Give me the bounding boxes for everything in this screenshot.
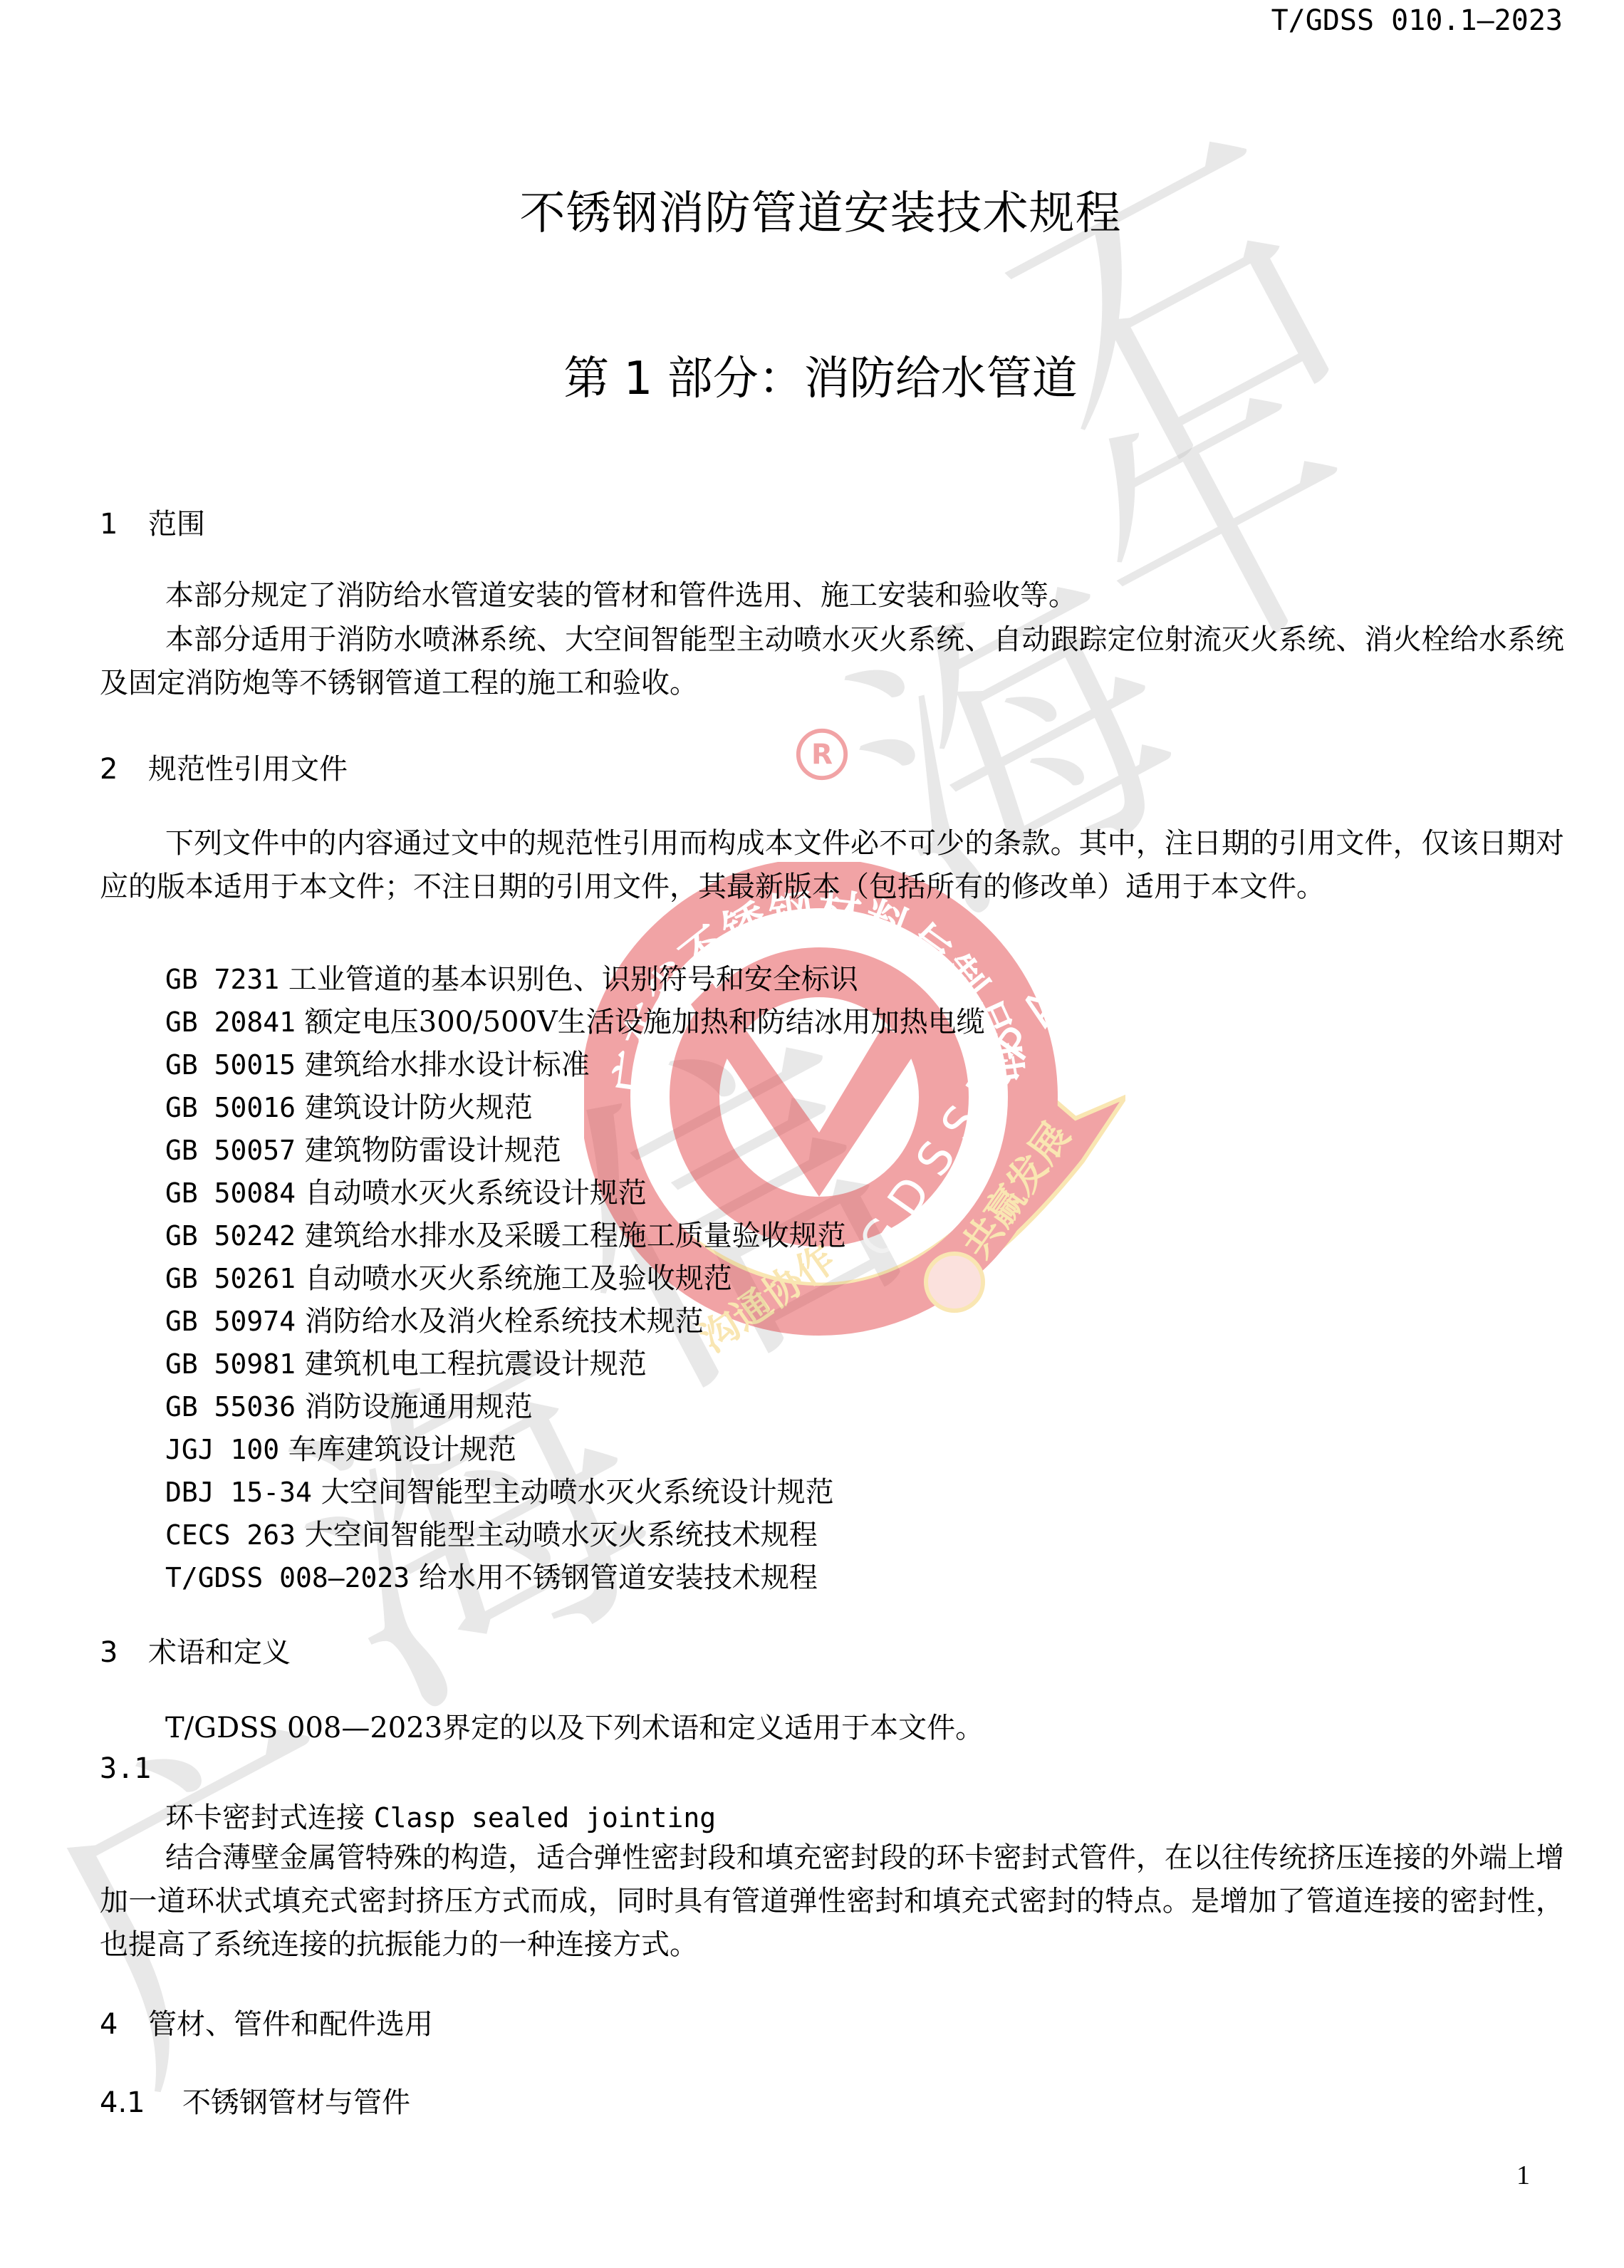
- reference-code: GB 55036: [165, 1391, 296, 1422]
- section-title: 术语和定义: [148, 1636, 291, 1669]
- term-english: Clasp sealed jointing: [374, 1802, 716, 1833]
- reference-title: 额定电压300/500V生活设施加热和防结冰用加热电缆: [305, 1006, 985, 1039]
- subsection-title: 不锈钢管材与管件: [182, 2086, 410, 2119]
- section-title: 管材、管件和配件选用: [148, 2008, 433, 2041]
- reference-item: GB 50242 建筑给水排水及采暖工程施工质量验收规范: [165, 1214, 985, 1257]
- reference-code: GB 50242: [165, 1220, 296, 1252]
- reference-code: GB 50084: [165, 1177, 296, 1209]
- reference-code: JGJ 100: [165, 1434, 279, 1465]
- document-title: 不锈钢消防管道安装技术规程: [0, 177, 1624, 242]
- reference-item: T/GDSS 008—2023 给水用不锈钢管道安装技术规程: [165, 1556, 985, 1599]
- document-code: T/GDSS 010.1—2023: [1271, 4, 1563, 37]
- reference-title: 消防设施通用规范: [305, 1390, 533, 1423]
- reference-title: 给水用不锈钢管道安装技术规程: [419, 1561, 818, 1594]
- scope-paragraph-1: 本部分规定了消防给水管道安装的管材和管件选用、施工安装和验收等。: [100, 574, 1564, 618]
- section-number: 2: [100, 753, 148, 786]
- reference-title: 建筑给水排水及采暖工程施工质量验收规范: [305, 1219, 846, 1252]
- reference-code: GB 50974: [165, 1306, 296, 1337]
- part-title: 第 1 部分：消防给水管道: [0, 342, 1624, 407]
- reference-title: 自动喷水灭火系统设计规范: [305, 1177, 647, 1210]
- reference-code: GB 20841: [165, 1006, 296, 1038]
- reference-code: T/GDSS 008—2023: [165, 1562, 410, 1593]
- page-number: 1: [1516, 2160, 1530, 2191]
- section-heading-terms-definitions: 3术语和定义: [100, 1630, 291, 1670]
- reference-title: 建筑设计防火规范: [305, 1091, 533, 1124]
- subsection-heading-stainless-pipes: 4.1不锈钢管材与管件: [100, 2080, 410, 2121]
- reference-list: GB 7231 工业管道的基本识别色、识别符号和安全标识 GB 20841 额定…: [165, 958, 985, 1599]
- term-title: 环卡密封式连接 Clasp sealed jointing: [165, 1795, 716, 1836]
- reference-item: GB 55036 消防设施通用规范: [165, 1385, 985, 1428]
- reference-item: GB 50084 自动喷水灭火系统设计规范: [165, 1172, 985, 1214]
- reference-item: GB 50261 自动喷水灭火系统施工及验收规范: [165, 1257, 985, 1300]
- reference-item: GB 20841 额定电压300/500V生活设施加热和防结冰用加热电缆: [165, 1001, 985, 1044]
- reference-code: GB 50057: [165, 1135, 296, 1166]
- reference-item: GB 50015 建筑给水排水设计标准: [165, 1044, 985, 1086]
- reference-item: CECS 263 大空间智能型主动喷水灭火系统技术规程: [165, 1514, 985, 1556]
- section-heading-normative-references: 2规范性引用文件: [100, 747, 348, 787]
- reference-code: GB 50016: [165, 1092, 296, 1123]
- reference-item: GB 7231 工业管道的基本识别色、识别符号和安全标识: [165, 958, 985, 1001]
- document-content: T/GDSS 010.1—2023 不锈钢消防管道安装技术规程 第 1 部分：消…: [0, 0, 1624, 2268]
- reference-title: 工业管道的基本识别色、识别符号和安全标识: [288, 963, 858, 996]
- document-page: 石 午 海 信 海 广 R 广东省不锈钢材料与制品协会 G D S S M P …: [0, 0, 1624, 2268]
- references-intro: 下列文件中的内容通过文中的规范性引用而构成本文件必不可少的条款。其中，注日期的引…: [100, 822, 1564, 909]
- reference-title: 大空间智能型主动喷水灭火系统设计规范: [321, 1476, 834, 1509]
- section-number: 1: [100, 508, 148, 541]
- section-title: 范围: [148, 508, 205, 541]
- term-definition: 结合薄壁金属管特殊的构造，适合弹性密封段和填充密封段的环卡密封式管件，在以往传统…: [100, 1836, 1564, 1967]
- reference-item: JGJ 100 车库建筑设计规范: [165, 1428, 985, 1471]
- reference-code: GB 50015: [165, 1049, 296, 1081]
- reference-code: GB 50261: [165, 1263, 296, 1294]
- reference-code: DBJ 15-34: [165, 1477, 312, 1508]
- section-heading-materials: 4管材、管件和配件选用: [100, 2002, 433, 2042]
- section-number: 3: [100, 1636, 148, 1669]
- reference-title: 自动喷水灭火系统施工及验收规范: [305, 1262, 732, 1295]
- reference-item: GB 50057 建筑物防雷设计规范: [165, 1129, 985, 1172]
- reference-title: 大空间智能型主动喷水灭火系统技术规程: [305, 1519, 818, 1551]
- reference-code: GB 7231: [165, 964, 279, 995]
- reference-item: DBJ 15-34 大空间智能型主动喷水灭火系统设计规范: [165, 1471, 985, 1514]
- section-title: 规范性引用文件: [148, 753, 348, 786]
- section-number: 4: [100, 2008, 148, 2041]
- reference-title: 建筑物防雷设计规范: [305, 1134, 561, 1167]
- reference-title: 建筑给水排水设计标准: [305, 1049, 590, 1081]
- scope-paragraph-2: 本部分适用于消防水喷淋系统、大空间智能型主动喷水灭火系统、自动跟踪定位射流灭火系…: [100, 618, 1564, 705]
- section-heading-scope: 1范围: [100, 501, 205, 542]
- reference-item: GB 50016 建筑设计防火规范: [165, 1086, 985, 1129]
- reference-title: 消防给水及消火栓系统技术规范: [305, 1305, 704, 1338]
- terms-intro: T/GDSS 008—2023界定的以及下列术语和定义适用于本文件。: [100, 1707, 1564, 1750]
- reference-code: GB 50981: [165, 1348, 296, 1380]
- subsection-number: 4.1: [100, 2086, 182, 2119]
- reference-title: 车库建筑设计规范: [288, 1433, 516, 1466]
- reference-item: GB 50981 建筑机电工程抗震设计规范: [165, 1343, 985, 1385]
- reference-title: 建筑机电工程抗震设计规范: [305, 1348, 647, 1380]
- term-chinese: 环卡密封式连接: [165, 1801, 365, 1834]
- reference-item: GB 50974 消防给水及消火栓系统技术规范: [165, 1300, 985, 1343]
- term-number: 3.1: [100, 1752, 151, 1785]
- reference-code: CECS 263: [165, 1519, 296, 1551]
